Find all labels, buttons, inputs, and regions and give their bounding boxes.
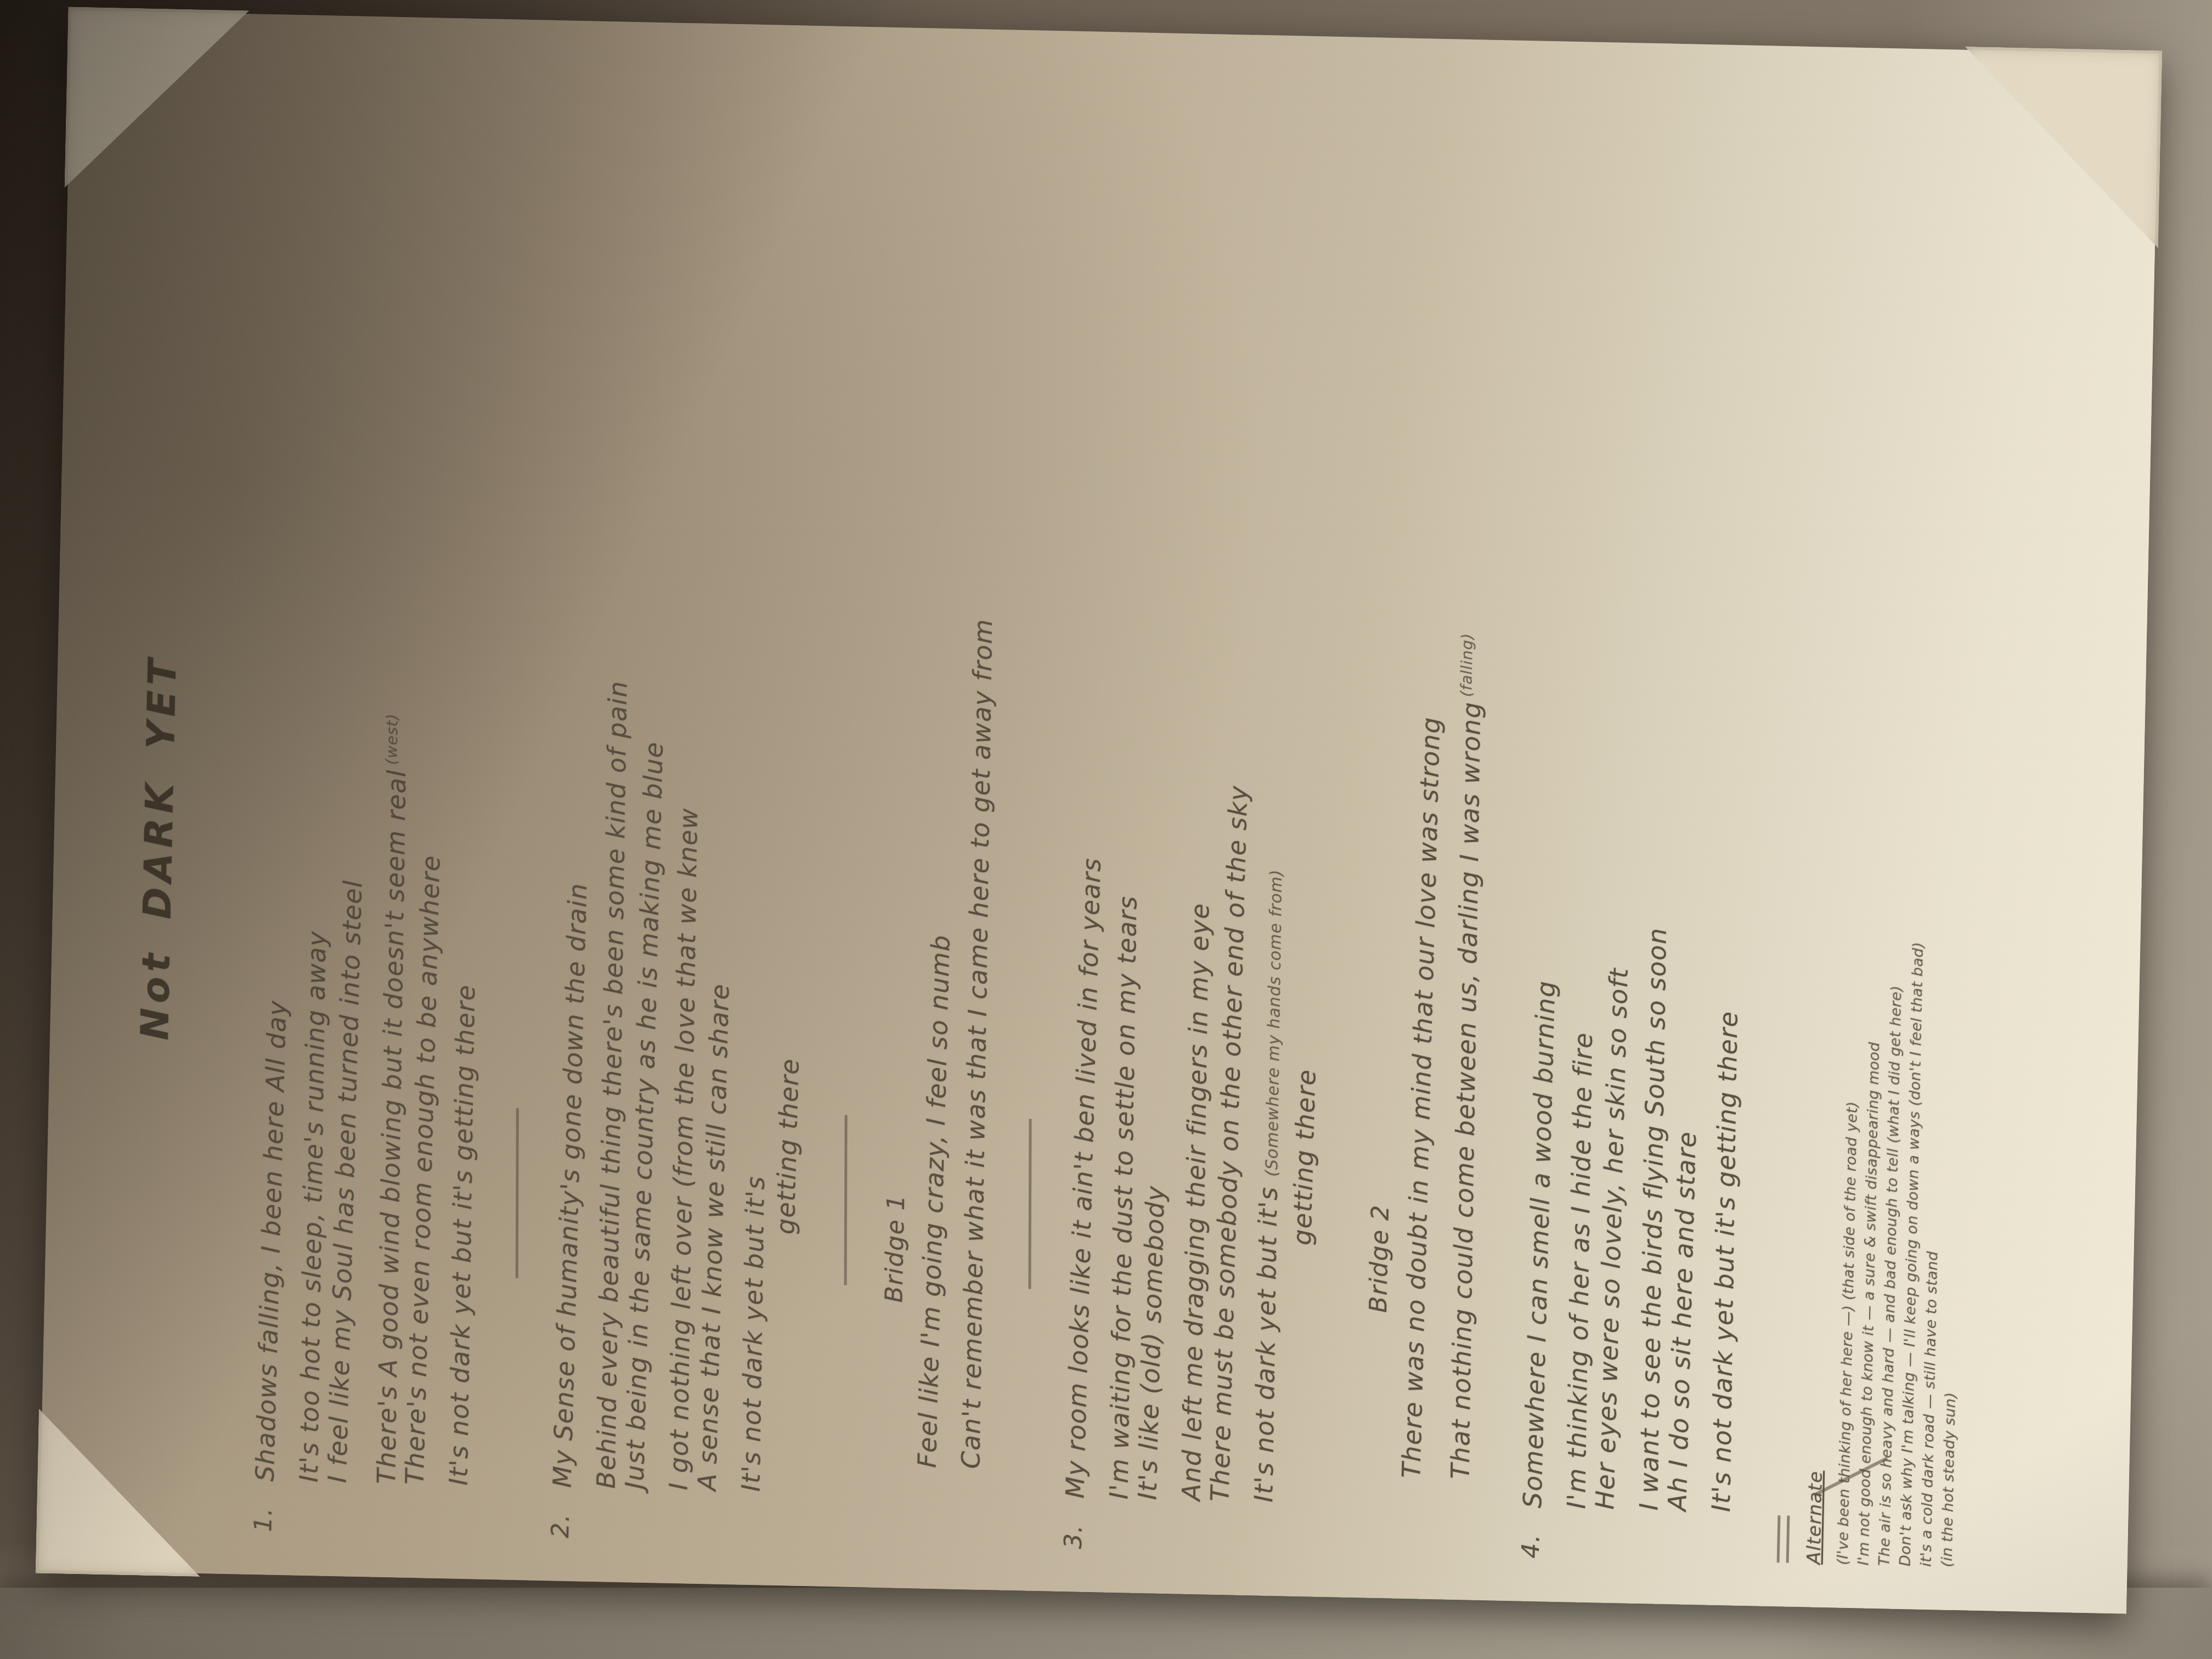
- verse-block: 1.Shadows falling, I been here All dayIt…: [250, 119, 501, 1486]
- verse-block: 4.Somewhere I can smell a wood burningI'…: [1517, 145, 1763, 1513]
- verse-number: 4.: [1516, 1514, 1545, 1559]
- handdrawn-rule: [1029, 1119, 1032, 1289]
- lyric-sections: 1.Shadows falling, I been here All dayIt…: [249, 119, 1987, 1572]
- handdrawn-rule: [516, 1108, 519, 1278]
- divider-bar: [1776, 1515, 1780, 1562]
- inserted-word: (falling): [1458, 633, 1477, 697]
- verse-number: 3.: [1059, 1505, 1088, 1549]
- bridge-block: Bridge 1Feel like I'm going crazy, I fee…: [877, 132, 1013, 1469]
- verse-block: 2.My Sense of humanity's gone down the d…: [548, 125, 830, 1493]
- inserted-word: (west): [382, 713, 401, 765]
- song-title: Not DARK YET: [132, 116, 196, 1041]
- bridge-block: Bridge 2There was no doubt in my mind th…: [1361, 142, 1502, 1480]
- alternate-heading: Alternate: [1803, 1470, 1827, 1565]
- alternate-notes-block: Alternate(I've been thinking of her here…: [1803, 151, 1987, 1567]
- handdrawn-rule: [844, 1115, 848, 1285]
- verse-number: 1.: [249, 1488, 278, 1532]
- manuscript-page: Not DARK YET 1.Shadows falling, I been h…: [39, 10, 2159, 1613]
- margin-annotation: (Somewhere my hands come from): [1262, 869, 1286, 1177]
- divider-bar: [1786, 1516, 1790, 1563]
- verse-block: 3.My room looks like it ain't ben lived …: [1060, 136, 1346, 1503]
- lyric-sheet: Not DARK YET 1.Shadows falling, I been h…: [39, 10, 2159, 1613]
- verse-number: 2.: [546, 1494, 575, 1538]
- photograph: Not DARK YET 1.Shadows falling, I been h…: [0, 0, 2212, 1659]
